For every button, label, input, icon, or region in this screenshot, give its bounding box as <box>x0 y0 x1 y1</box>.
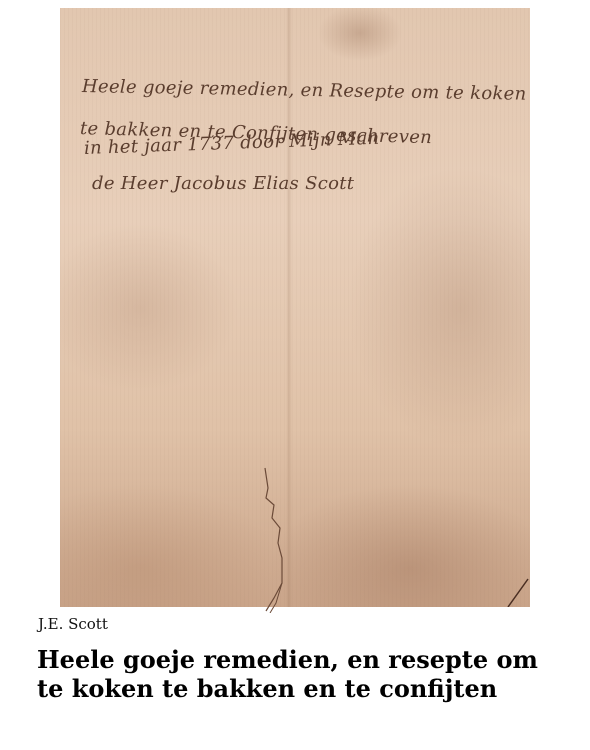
paper-tear-icon <box>260 463 300 613</box>
manuscript-line-1: Heele goeje remedien, en Resepte om te k… <box>82 76 527 105</box>
ink-stroke-icon <box>500 577 530 607</box>
manuscript-image: Heele goeje remedien, en Resepte om te k… <box>60 8 530 607</box>
document-title: Heele goeje remedien, en resepte om te k… <box>37 645 557 703</box>
author-name: J.E. Scott <box>38 615 108 633</box>
manuscript-line-4: de Heer Jacobus Elias Scott <box>92 173 354 194</box>
